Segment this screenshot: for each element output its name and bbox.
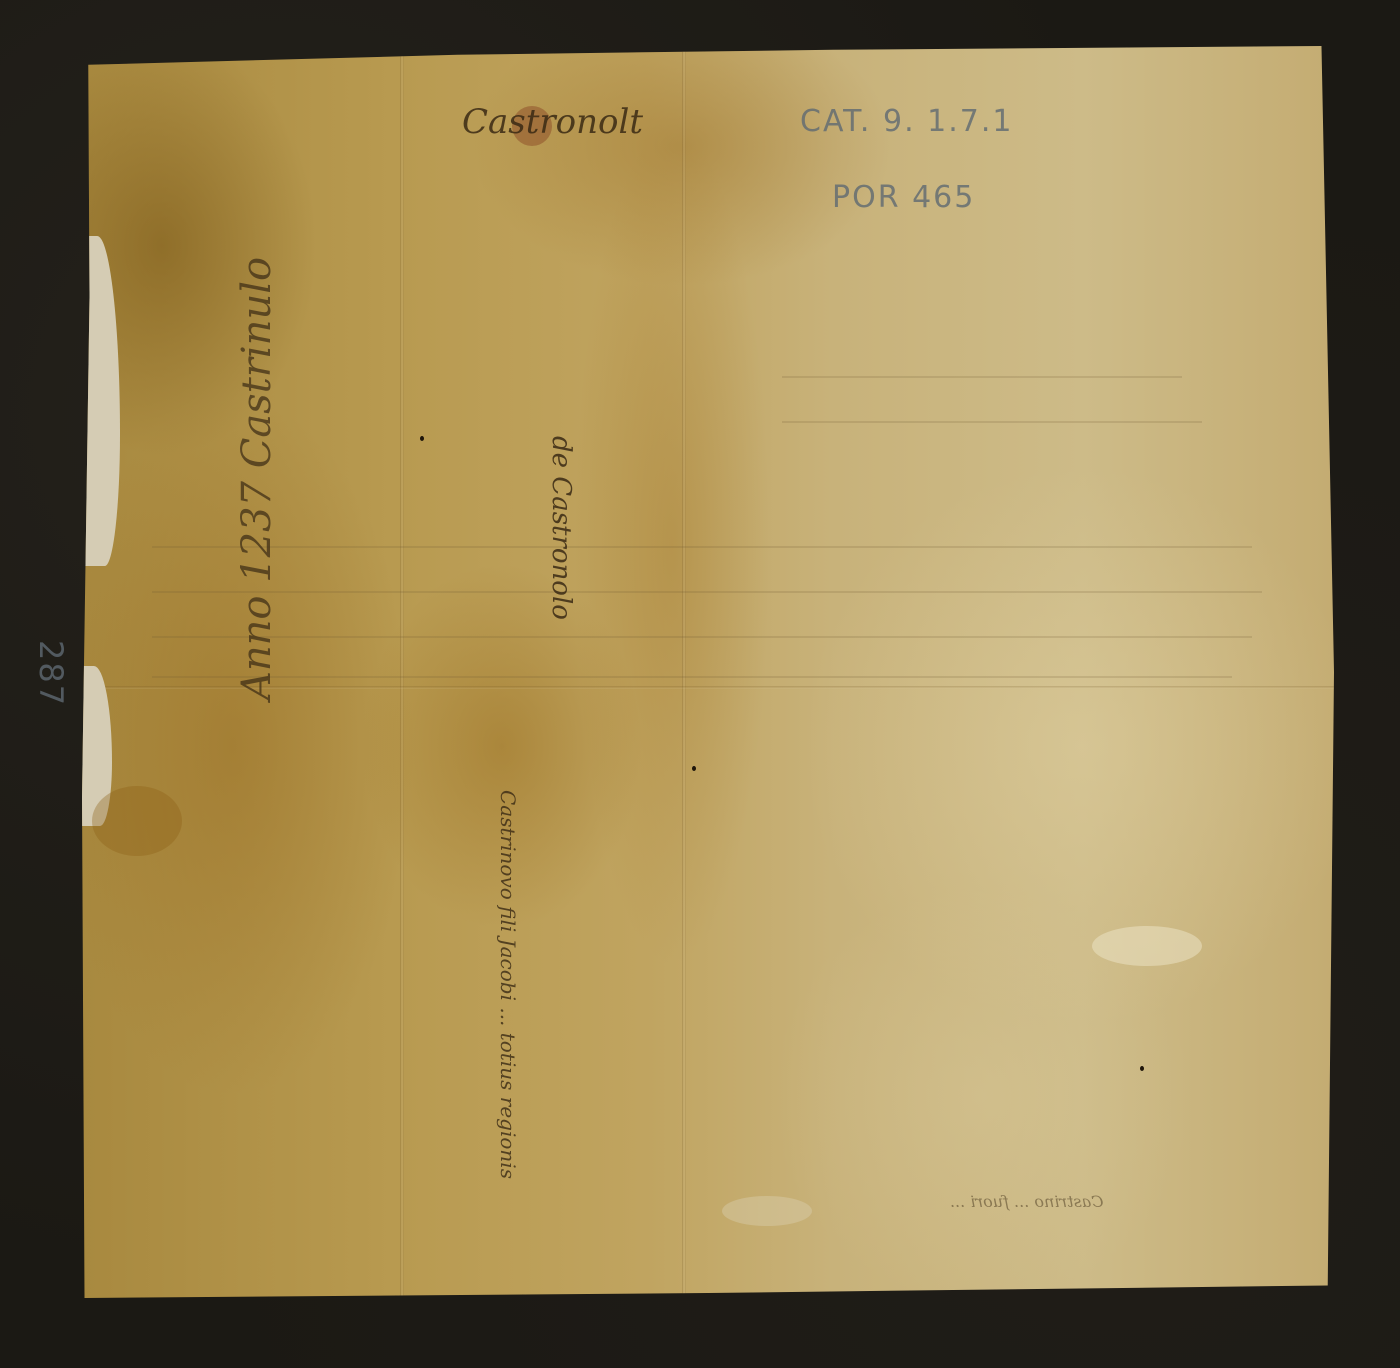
lower-vertical-annotation: Castrinovo fili Jacobi ... totius region… [496, 790, 520, 1179]
vertical-fold-line [682, 46, 686, 1298]
margin-number-pencil: 287 [32, 640, 70, 707]
stain [92, 786, 182, 856]
stain [1092, 926, 1202, 966]
bottom-faint-mirror-text: Castrino ... fuori ... [950, 1192, 1104, 1211]
bleed-through-text-line [152, 591, 1262, 593]
bleed-through-text-line [152, 676, 1232, 678]
top-ink-annotation: Castronolt [462, 102, 643, 142]
left-margin-date-annotation: Anno 1237 Castrinulo [234, 257, 280, 700]
bleed-through-text-line [152, 546, 1252, 548]
ink-dot [420, 436, 424, 441]
shelfmark-pencil: POR 465 [832, 180, 975, 215]
vertical-fold-line [400, 46, 404, 1298]
bleed-through-text-line [782, 421, 1202, 423]
bleed-through-text-line [782, 376, 1182, 378]
ink-dot [1140, 1066, 1144, 1071]
ink-dot [692, 766, 696, 771]
bleed-through-text-line [152, 636, 1252, 638]
stain [722, 1196, 812, 1226]
center-vertical-annotation: de Castronolo [546, 436, 576, 620]
catalog-number-pencil: CAT. 9. 1.7.1 [800, 104, 1013, 139]
